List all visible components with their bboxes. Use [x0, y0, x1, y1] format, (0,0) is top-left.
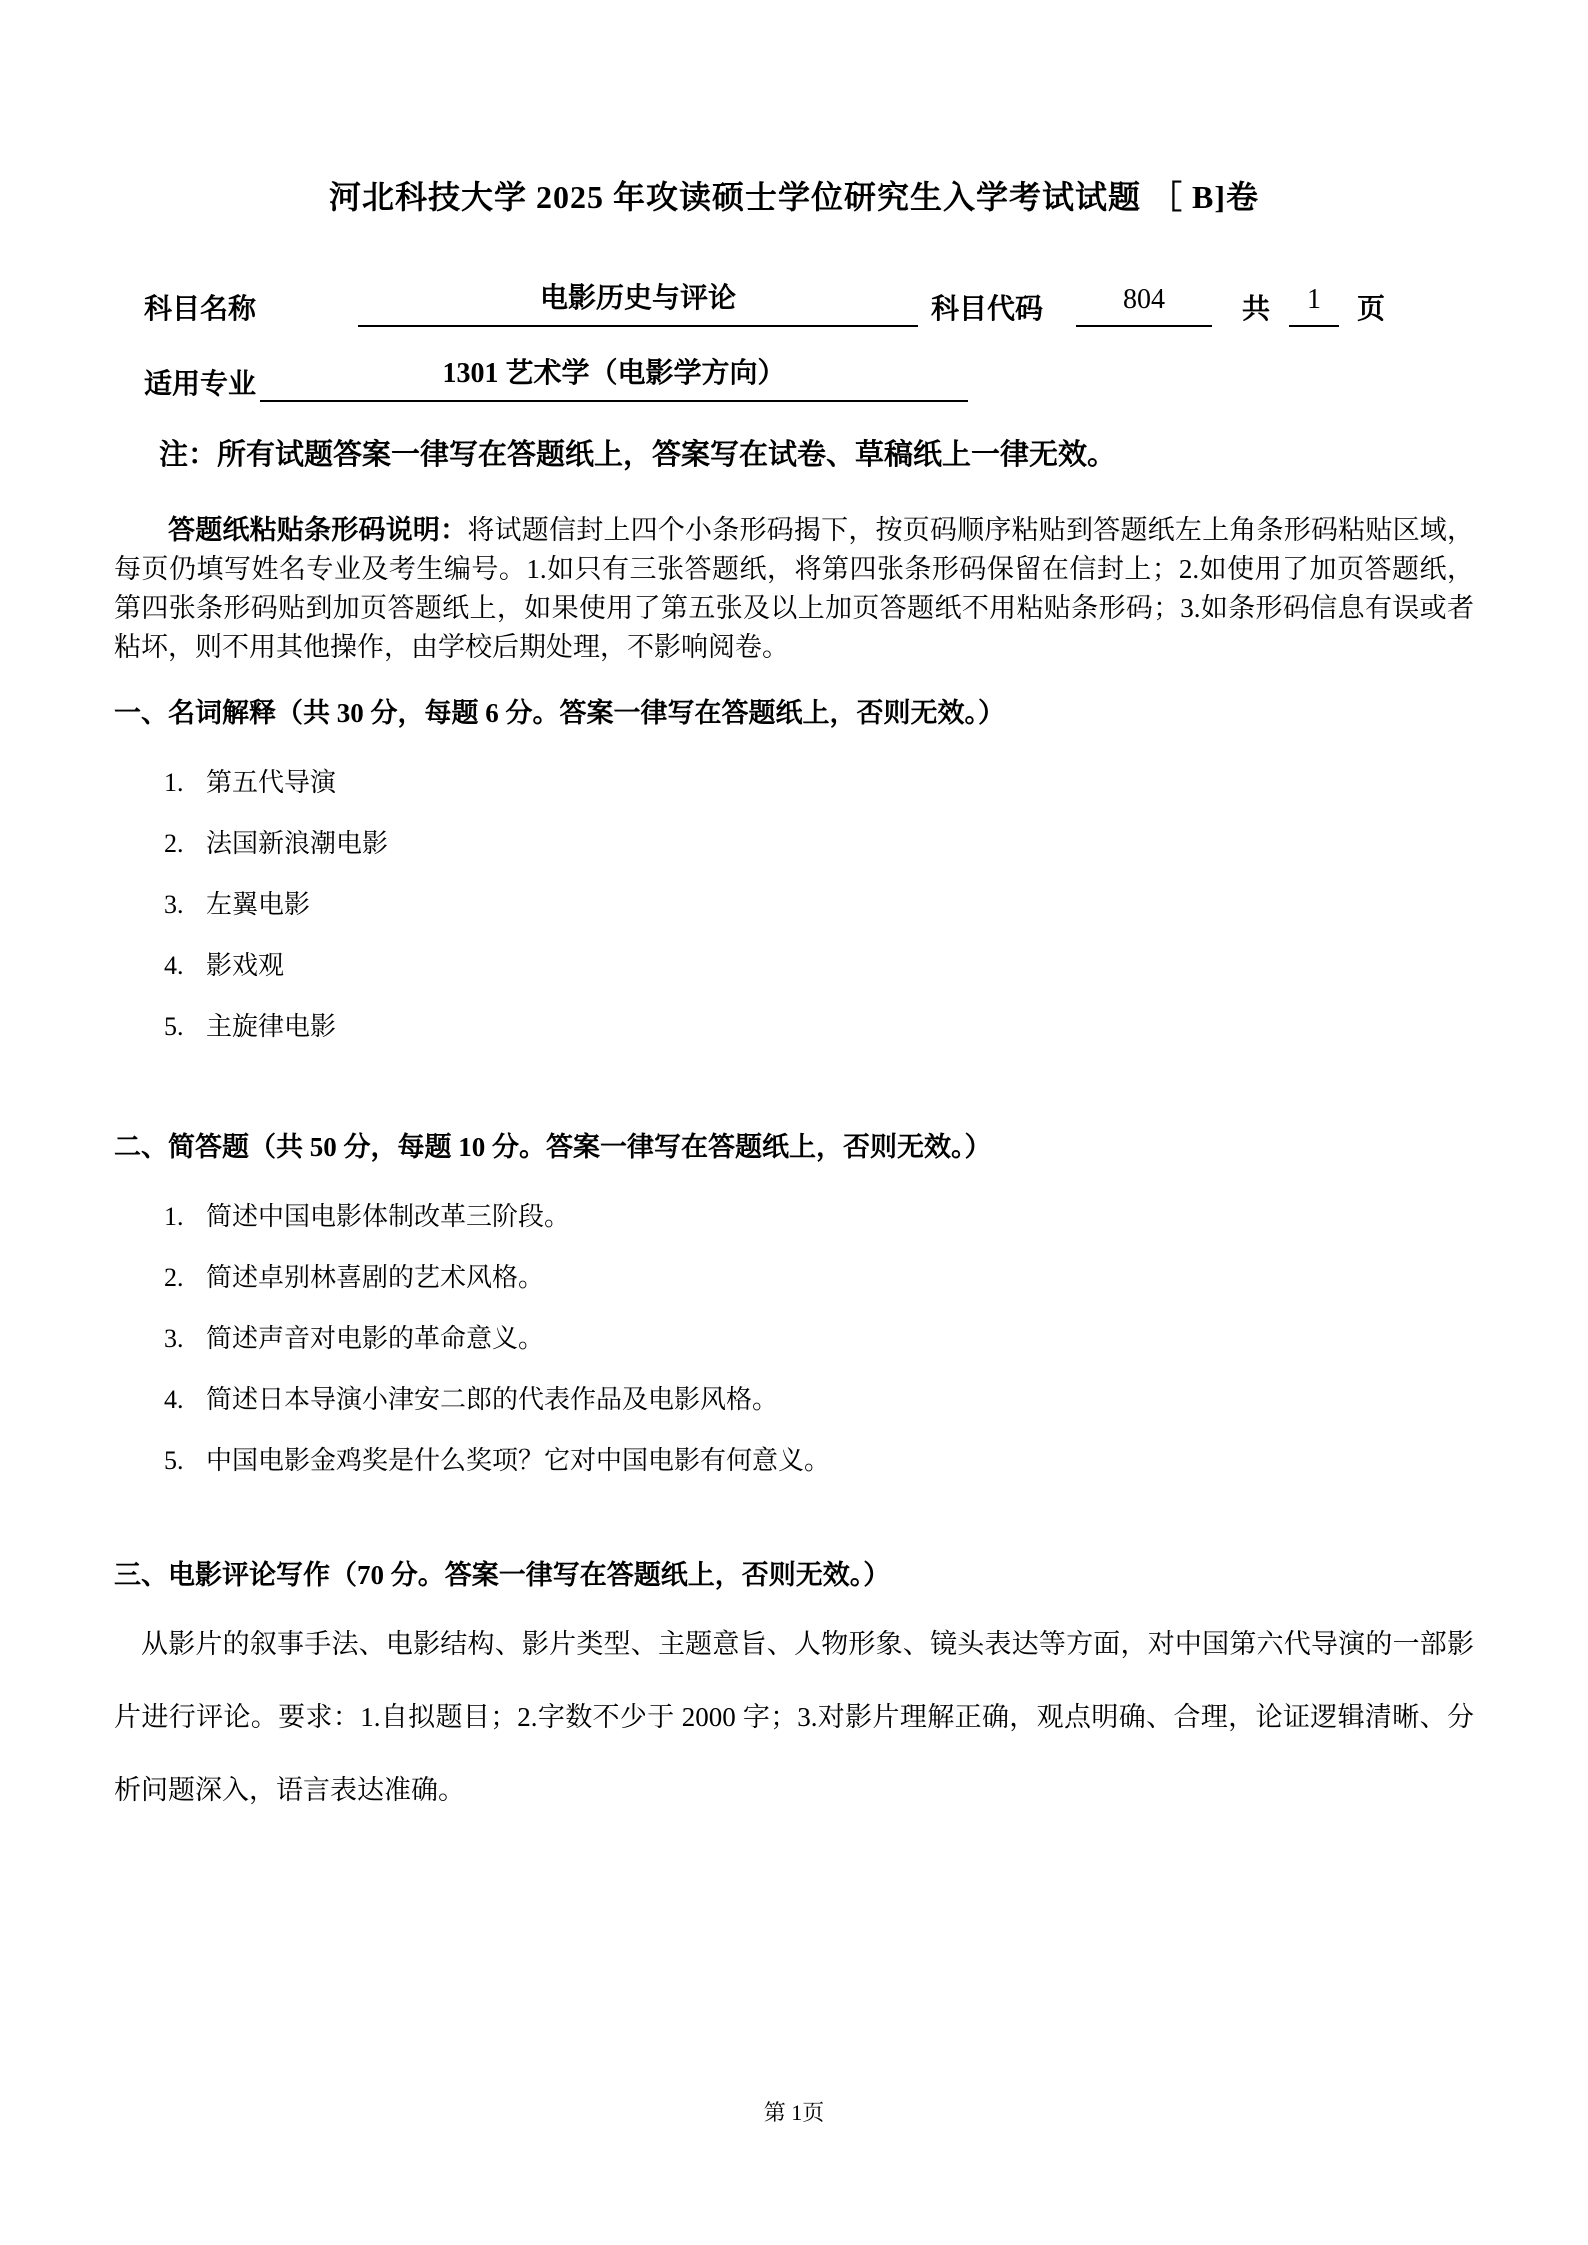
question-item: 1.简述中国电影体制改革三阶段。 — [114, 1200, 1474, 1233]
question-text: 左翼电影 — [206, 888, 310, 921]
subject-name-label: 科目名称 — [144, 287, 256, 327]
section-1-list: 1.第五代导演 2.法国新浪潮电影 3.左翼电影 4.影戏观 5.主旋律电影 — [114, 766, 1474, 1043]
question-text: 简述卓别林喜剧的艺术风格。 — [206, 1261, 544, 1294]
question-item: 4.简述日本导演小津安二郎的代表作品及电影风格。 — [114, 1383, 1474, 1416]
question-text: 简述日本导演小津安二郎的代表作品及电影风格。 — [206, 1383, 778, 1416]
total-pages-value: 1 — [1289, 284, 1339, 327]
question-number: 3. — [164, 888, 206, 921]
barcode-instructions: 答题纸粘贴条形码说明：将试题信封上四个小条形码揭下，按页码顺序粘贴到答题纸左上角… — [114, 511, 1474, 667]
question-number: 2. — [164, 827, 206, 860]
question-item: 5.主旋律电影 — [114, 1010, 1474, 1043]
question-number: 4. — [164, 949, 206, 982]
question-number: 1. — [164, 766, 206, 799]
answer-sheet-note: 注：所有试题答案一律写在答题纸上，答案写在试卷、草稿纸上一律无效。 — [114, 432, 1474, 473]
question-number: 5. — [164, 1010, 206, 1043]
question-number: 2. — [164, 1261, 206, 1294]
subject-code-label: 科目代码 — [931, 287, 1043, 327]
question-text: 主旋律电影 — [206, 1010, 336, 1043]
barcode-instructions-lead: 答题纸粘贴条形码说明： — [168, 515, 467, 545]
question-number: 1. — [164, 1200, 206, 1233]
subject-name-value: 电影历史与评论 — [358, 276, 918, 327]
question-number: 3. — [164, 1322, 206, 1355]
question-text: 第五代导演 — [206, 766, 336, 799]
section-2-list: 1.简述中国电影体制改革三阶段。 2.简述卓别林喜剧的艺术风格。 3.简述声音对… — [114, 1200, 1474, 1477]
question-text: 简述中国电影体制改革三阶段。 — [206, 1200, 570, 1233]
section-1-heading: 一、名词解释（共 30 分，每题 6 分。答案一律写在答题纸上，否则无效。） — [114, 691, 1474, 730]
question-item: 3.左翼电影 — [114, 888, 1474, 921]
question-item: 1.第五代导演 — [114, 766, 1474, 799]
question-item: 2.法国新浪潮电影 — [114, 827, 1474, 860]
question-number: 5. — [164, 1444, 206, 1477]
question-text: 影戏观 — [206, 949, 284, 982]
total-pages-prefix-label: 共 — [1242, 287, 1270, 327]
question-item: 3.简述声音对电影的革命意义。 — [114, 1322, 1474, 1355]
header-row-major: 适用专业 1301 艺术学（电影学方向） — [114, 351, 1474, 402]
major-label: 适用专业 — [144, 362, 256, 402]
question-text: 法国新浪潮电影 — [206, 827, 388, 860]
header-row-subject: 科目名称 电影历史与评论 科目代码 804 共 1 页 — [114, 276, 1474, 327]
question-item: 4.影戏观 — [114, 949, 1474, 982]
exam-paper-page: 河北科技大学 2025 年攻读硕士学位研究生入学考试试题 ［ B]卷 科目名称 … — [0, 0, 1588, 2245]
page-number: 第 1页 — [0, 2096, 1588, 2127]
subject-code-value: 804 — [1076, 284, 1212, 327]
question-item: 5.中国电影金鸡奖是什么奖项？它对中国电影有何意义。 — [114, 1444, 1474, 1477]
question-text: 简述声音对电影的革命意义。 — [206, 1322, 544, 1355]
pages-unit-label: 页 — [1357, 287, 1385, 327]
section-3-heading: 三、电影评论写作（70 分。答案一律写在答题纸上，否则无效。） — [114, 1553, 1474, 1592]
section-2-heading: 二、简答题（共 50 分，每题 10 分。答案一律写在答题纸上，否则无效。） — [114, 1125, 1474, 1164]
major-value: 1301 艺术学（电影学方向） — [260, 351, 968, 402]
question-item: 2.简述卓别林喜剧的艺术风格。 — [114, 1261, 1474, 1294]
question-text: 中国电影金鸡奖是什么奖项？它对中国电影有何意义。 — [206, 1444, 830, 1477]
page-title: 河北科技大学 2025 年攻读硕士学位研究生入学考试试题 ［ B]卷 — [114, 172, 1474, 218]
question-number: 4. — [164, 1383, 206, 1416]
essay-prompt: 从影片的叙事手法、电影结构、影片类型、主题意旨、人物形象、镜头表达等方面，对中国… — [114, 1608, 1474, 1827]
